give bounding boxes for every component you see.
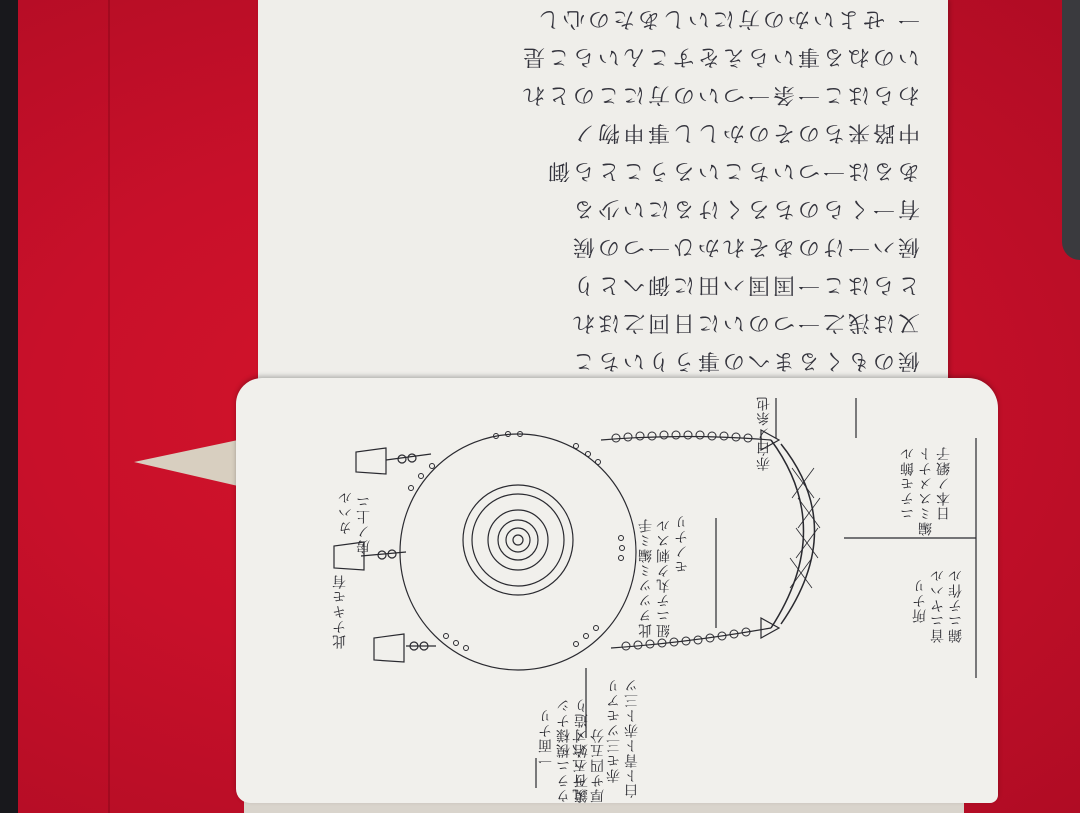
label-neck: 首ニヤハル — [930, 568, 946, 643]
torn-paper-tab — [134, 440, 238, 486]
label-cord-round: 紐ニテ丸ク刺スル — [656, 518, 672, 638]
label-red-white-thread: 赤白ノ糸也 — [756, 396, 772, 471]
label-silk: 日本ノ緞子 — [936, 446, 952, 521]
braided-cord — [771, 440, 804, 628]
bottom-bead-string — [611, 628, 771, 648]
dark-background-right — [1062, 0, 1080, 260]
text-line: 有一くらのちろくけるにい少る — [293, 196, 920, 220]
text-line: 候のもくるまへの事うりいちこ — [293, 348, 920, 372]
label-decoration: ニテモ飾ル — [900, 446, 916, 521]
text-line: 中路来ちのそのかしし事申物ノ — [293, 120, 920, 144]
label-colors: 白ト青ト赤ト三ツ — [624, 678, 640, 798]
text-line: 又は浅之一つのいに日回之ほれ — [293, 310, 920, 334]
text-line: わらはこ一条一ついの方にこのとれ — [293, 82, 920, 106]
label-red-three: 赤モ三ツモアリ — [606, 678, 622, 783]
label-wrap: 此ヲツツミ編ミ手 — [638, 518, 654, 638]
label-no-pattern: ウラニ模様ナシ丸サ五六寸 — [556, 686, 588, 803]
text-line: いのねる事いらえをすこんいらこ是 — [293, 44, 920, 68]
text-line: とらはこ一国国ハ田に御ヘとり — [293, 272, 920, 296]
label-tassel-above: 房ノ上ニ — [356, 494, 372, 554]
label-tassel-change: カハル — [338, 490, 354, 535]
handwritten-page: 一 せよいかの方にいしあたの心し いのねる事いらえをすこんいらこ是 わらはこ一条… — [258, 0, 948, 392]
label-brocade: 錦ニテ作ル — [948, 568, 964, 643]
text-line: あるは一ついちこいろうことら御 — [293, 158, 920, 182]
diagram-page: 日本ノ緞子 編ミスメナト ニテモ飾ル 錦ニテ作ル 首ニヤハル 所ナリ 紐ニテ丸ク… — [236, 378, 998, 803]
cloth-fold — [108, 0, 110, 813]
handwritten-text: 一 せよいかの方にいしあたの心し いのねる事いらえをすこんいらこ是 わらはこ一条… — [258, 0, 948, 392]
label-braid: 編ミスメナト — [918, 446, 934, 536]
label-thing: モノナリ — [674, 514, 690, 574]
text-line: 一 せよいかの方にいしあたの心し — [293, 6, 920, 30]
label-one-face: 一面ナリ — [538, 708, 554, 768]
text-line: 候ハ一けのあそれかひ一つの候 — [293, 234, 920, 258]
label-tassel-optional: 此ナキモ有 — [332, 574, 348, 649]
label-place: 所ナリ — [912, 578, 928, 623]
tassels — [334, 448, 436, 662]
